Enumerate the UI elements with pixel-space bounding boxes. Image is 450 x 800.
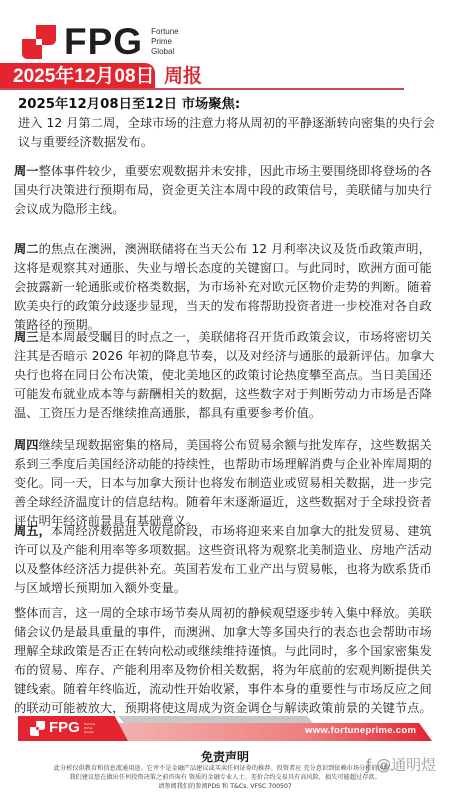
watermark-text: @通明煜	[376, 756, 436, 774]
brand-sub-line: Global	[84, 730, 96, 734]
monday-paragraph: 周一整体事件较少，重要宏观数据并未安排，因此市场主要围绕即将登场的各国央行决策进…	[14, 162, 438, 219]
brand-sub-line: Prime	[151, 37, 179, 47]
footer-logo: FPG Fortune Prime Global	[30, 718, 95, 738]
weibo-icon: ƒ	[366, 756, 371, 774]
brand-sub-line: Fortune	[151, 27, 179, 37]
day-label: 周一	[14, 164, 39, 178]
day-text: 的焦点在澳洲，澳洲联储将在当天公布 12 月利率决议及货币政策声明，这将是观察其…	[14, 242, 432, 332]
brand-subtitle: Fortune Prime Global	[151, 27, 179, 57]
fpg-logo: FPG Fortune Prime Global	[22, 22, 179, 62]
day-text: 整体事件较少，重要宏观数据并未安排，因此市场主要围绕即将登场的各国央行决策进行预…	[14, 164, 432, 216]
report-header: FPG Fortune Prime Global 2025年12月08日 周报	[0, 0, 450, 96]
watermark: ƒ @通明煜	[366, 754, 436, 775]
fpg-logo-mark-icon	[22, 25, 56, 59]
footer-brand-subtitle: Fortune Prime Global	[84, 722, 96, 734]
fpg-logo-mark-icon	[30, 721, 45, 736]
market-focus-title: 2025年12月08日至12日 市场聚焦:	[18, 96, 240, 113]
thursday-paragraph: 周四继续呈现数据密集的格局，美国将公布贸易余额与批发库存，这些数据关系到三季度后…	[14, 436, 438, 531]
brand-name: FPG	[64, 22, 143, 62]
day-label: 周二	[14, 242, 39, 256]
day-text: 是本周最受瞩目的时点之一，美联储将召开货币政策会议，市场将密切关注其是否暗示 2…	[14, 330, 434, 420]
footer-brand-name: FPG	[49, 718, 80, 738]
day-label: 周四	[14, 438, 39, 452]
summary-paragraph: 整体而言，这一周的全球市场节奏从周初的静候观望逐步转入集中释放。美联储会议仍是最…	[14, 604, 438, 718]
website-link[interactable]: www.fortuneprime.com	[305, 725, 416, 736]
day-label: 周五，	[14, 524, 51, 538]
header-divider	[0, 88, 404, 90]
day-text: 继续呈现数据密集的格局，美国将公布贸易余额与批发库存，这些数据关系到三季度后美国…	[14, 438, 432, 528]
disclaimer-line: 我们建议您在做出任何投资决策之前咨询有 资质的金融专业人士。差价合约交易具有高风…	[0, 774, 450, 782]
report-date: 2025年12月08日	[13, 65, 155, 89]
wednesday-paragraph: 周三是本周最受瞩目的时点之一，美联储将召开货币政策会议，市场将密切关注其是否暗示…	[14, 328, 438, 423]
day-label: 周三	[14, 330, 39, 344]
footer-grey-stripe	[118, 716, 313, 723]
report-type: 周报	[164, 64, 202, 88]
friday-paragraph: 周五，本周经济数据进入收尾阶段，市场将迎来来自加拿大的批发贸易、建筑许可以及产能…	[14, 522, 438, 598]
brand-sub-line: Global	[151, 47, 179, 57]
tuesday-paragraph: 周二的焦点在澳洲，澳洲联储将在当天公布 12 月利率决议及货币政策声明，这将是观…	[14, 240, 438, 335]
day-text: 本周经济数据进入收尾阶段，市场将迎来来自加拿大的批发贸易、建筑许可以及产能利用率…	[14, 524, 432, 595]
intro-paragraph: 进入 12 月第二周，全球市场的注意力将从周初的平静逐渐转向密集的央行会议与重要…	[18, 114, 438, 152]
disclaimer-line: 请参阅我们的参阅PDS 和 T&Cs. VFSC 700507	[0, 783, 450, 791]
